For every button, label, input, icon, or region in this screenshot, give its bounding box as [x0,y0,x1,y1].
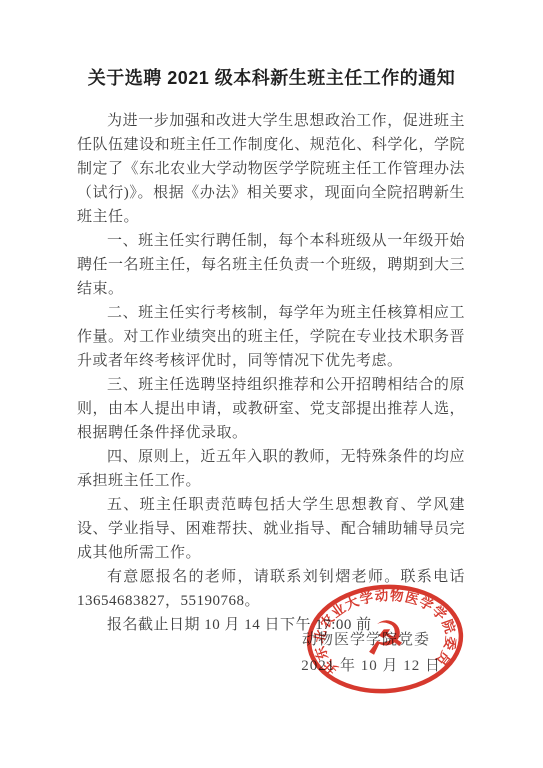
hammer-sickle-icon: ☭ [362,610,407,667]
scanned-notice-page: 关于选聘 2021 级本科新生班主任工作的通知 为进一步加强和改进大学生思想政治… [0,0,543,768]
official-seal: 中共东北农业大学动物医学学院委员会 ☭ [303,582,467,696]
paragraph-item-5: 五、班主任职责范畴包括大学生思想教育、学风建设、学业指导、困难帮扶、就业指导、配… [77,493,465,565]
notice-title: 关于选聘 2021 级本科新生班主任工作的通知 [0,64,543,90]
paragraph-intro: 为进一步加强和改进大学生思想政治工作，促进班主任队伍建设和班主任工作制度化、规范… [77,109,465,229]
paragraph-item-3: 三、班主任选聘坚持组织推荐和公开招聘相结合的原则，由本人提出申请，或教研室、党支… [77,373,465,445]
paragraph-item-1: 一、班主任实行聘任制，每个本科班级从一年级开始聘任一名班主任，每名班主任负责一个… [77,229,465,301]
notice-body: 为进一步加强和改进大学生思想政治工作，促进班主任队伍建设和班主任工作制度化、规范… [77,109,465,637]
paragraph-item-4: 四、原则上，近五年入职的教师，无特殊条件的均应承担班主任工作。 [77,445,465,493]
paragraph-item-2: 二、班主任实行考核制，每学年为班主任核算相应工作量。对工作业绩突出的班主任，学院… [77,301,465,373]
